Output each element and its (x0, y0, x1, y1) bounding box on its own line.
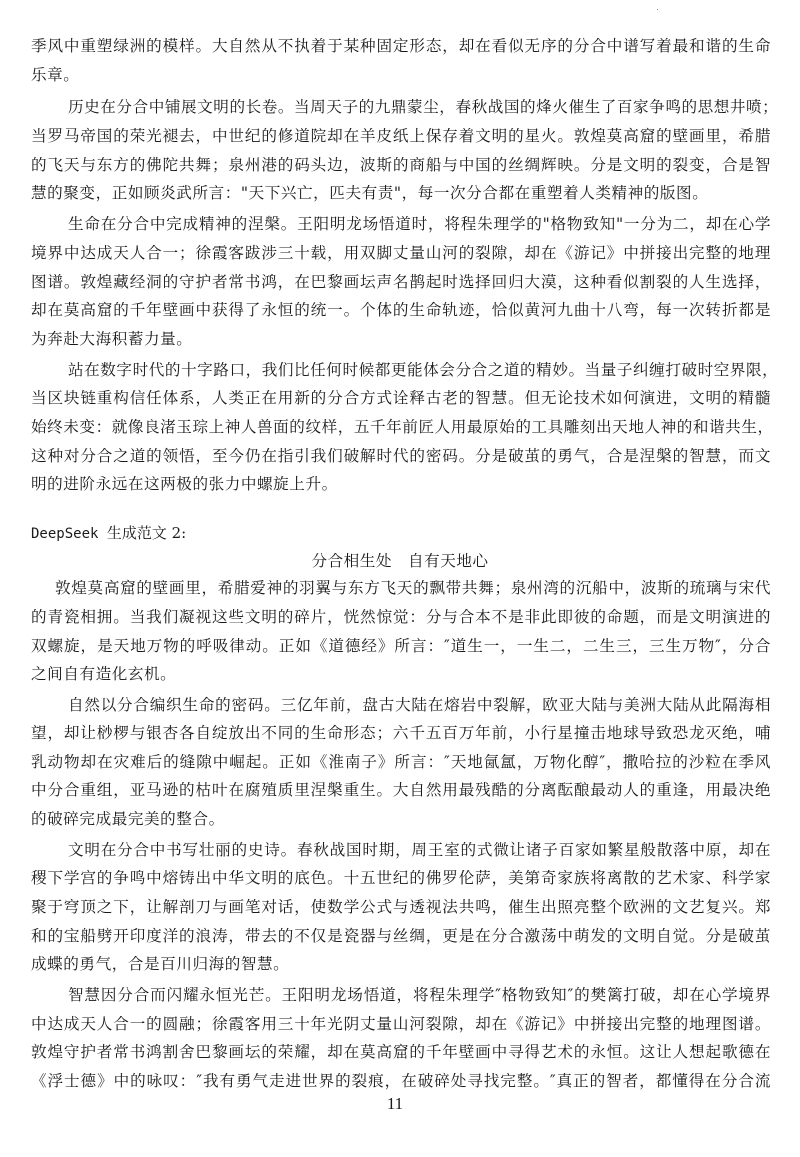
essay2-p4-line-4: 《浮士德》中的咏叹：″我有勇气走进世界的裂痕，在破碎处寻找完整。″真正的智者，都… (31, 1071, 771, 1091)
essay2-label-cjk: 生成范文 2: (107, 524, 186, 542)
scan-speck (657, 9, 658, 10)
essay2-p4-line-2: 中达成天人合一的圆融；徐霞客用三十年光阴丈量山河裂隙，却在《游记》中拼接出完整的… (31, 1014, 771, 1034)
essay2-p2-line-3: 乳动物却在灾难后的缝隙中崛起。正如《淮南子》所言：″天地氤氲，万物化醇″，撒哈拉… (31, 752, 771, 772)
essay2-p3-line-3: 聚于穹顶之下，让解剖刀与画笔对话，使数学公式与透视法共鸣，催生出照亮整个欧洲的文… (31, 897, 771, 917)
essay2-p4-line-3: 敦煌守护者常书鸿割舍巴黎画坛的荣耀，却在莫高窟的千年壁画中寻得艺术的永恒。这让人… (31, 1042, 771, 1062)
essay2-p2-line-5: 的破碎完成最完美的整合。 (31, 809, 771, 829)
essay2-p2-line-1: 自然以分合编织生命的密码。三亿年前，盘古大陆在熔岩中裂解，欧亚大陆与美洲大陆从此… (68, 695, 771, 715)
essay2-p3-line-2: 稷下学宫的争鸣中熔铸出中华文明的底色。十五世纪的佛罗伦萨，美第奇家族将离散的艺术… (31, 868, 771, 888)
essay2-p4-line-1: 智慧因分合而闪耀永恒光芒。王阳明龙场悟道，将程朱理学″格物致知″的樊篱打破，却在… (68, 985, 771, 1005)
essay1-p2-line-3: 图谱。敦煌藏经洞的守护者常书鸿，在巴黎画坛声名鹊起时选择回归大漠，这种看似割裂的… (31, 272, 771, 292)
essay1-p1-line-1: 历史在分合中铺展文明的长卷。当周天子的九鼎蒙尘，春秋战国的烽火催生了百家争鸣的思… (68, 97, 771, 117)
essay2-p3-line-5: 成蝶的勇气，合是百川归海的智慧。 (31, 954, 771, 974)
essay2-p3-line-4: 和的宝船劈开印度洋的浪涛，带去的不仅是瓷器与丝绸，更是在分合激荡中萌发的文明自觉… (31, 926, 771, 946)
essay1-tail-line-2: 乐章。 (31, 65, 771, 85)
essay1-p1-line-4: 慧的聚变，正如顾炎武所言："天下兴亡，匹夫有责"，每一次分合都在重塑着人类精神的… (31, 183, 771, 203)
essay1-p3-line-3: 始终未变：就像良渚玉琮上神人兽面的纹样，五千年前匠人用最原始的工具雕刻出天地人神… (31, 417, 771, 437)
essay1-p2-line-4: 却在莫高窟的千年壁画中获得了永恒的统一。个体的生命轨迹，恰似黄河九曲十八弯，每一… (31, 300, 771, 320)
essay2-p2-line-2: 望，却让桫椤与银杏各自绽放出不同的生命形态；六千五百万年前，小行星撞击地球导致恐… (31, 723, 771, 743)
essay1-p1-line-3: 的飞天与东方的佛陀共舞；泉州港的码头边，波斯的商船与中国的丝绸辉映。分是文明的裂… (31, 155, 771, 175)
document-page: 季风中重塑绿洲的模样。大自然从不执着于某种固定形态，却在看似无序的分合中谱写着最… (0, 0, 800, 1157)
essay1-p2-line-2: 境界中达成天人合一；徐霞客跋涉三十载，用双脚丈量山河的裂隙，却在《游记》中拼接出… (31, 243, 771, 263)
page-number: 11 (0, 1094, 790, 1114)
essay2-label: DeepSeek 生成范文 2: (31, 523, 186, 544)
essay1-p3-line-2: 当区块链重构信任体系，人类正在用新的分合方式诠释古老的智慧。但无论技术如何演进，… (31, 388, 771, 408)
essay2-p1-line-2: 的青瓷相拥。当我们凝视这些文明的碎片，恍然惊觉：分与合本不是非此即彼的命题，而是… (31, 607, 771, 627)
essay1-p3-line-1: 站在数字时代的十字路口，我们比任何时候都更能体会分合之道的精妙。当量子纠缠打破时… (68, 360, 771, 380)
essay1-p3-line-5: 明的进阶永远在这两极的张力中螺旋上升。 (31, 474, 771, 494)
essay2-p1-line-4: 之间自有造化玄机。 (31, 664, 771, 684)
essay1-p2-line-5: 为奔赴大海积蓄力量。 (31, 329, 771, 349)
essay2-p1-line-3: 双螺旋，是天地万物的呼吸律动。正如《道德经》所言：″道生一，一生二，二生三，三生… (31, 636, 771, 656)
essay2-label-latin: DeepSeek (31, 526, 98, 542)
essay1-tail-line-1: 季风中重塑绿洲的模样。大自然从不执着于某种固定形态，却在看似无序的分合中谱写着最… (31, 36, 771, 56)
essay1-p2-line-1: 生命在分合中完成精神的涅槃。王阳明龙场悟道时，将程朱理学的"格物致知"一分为二，… (68, 214, 771, 234)
essay1-p3-line-4: 这种对分合之道的领悟，至今仍在指引我们破解时代的密码。分是破茧的勇气，合是涅槃的… (31, 446, 771, 466)
essay2-p3-line-1: 文明在分合中书写壮丽的史诗。春秋战国时期，周王室的式微让诸子百家如繁星般散落中原… (68, 840, 771, 860)
essay2-p2-line-4: 中分合重组，亚马逊的枯叶在腐殖质里涅槃重生。大自然用最残酷的分离酝酿最动人的重逢… (31, 780, 771, 800)
essay2-title: 分合相生处 自有天地心 (0, 551, 800, 571)
essay1-p1-line-2: 当罗马帝国的荣光褪去，中世纪的修道院却在羊皮纸上保存着文明的星火。敦煌莫高窟的壁… (31, 126, 771, 146)
essay2-p1-line-1: 敦煌莫高窟的壁画里，希腊爱神的羽翼与东方飞天的飘带共舞；泉州湾的沉船中，波斯的琉… (55, 578, 771, 598)
